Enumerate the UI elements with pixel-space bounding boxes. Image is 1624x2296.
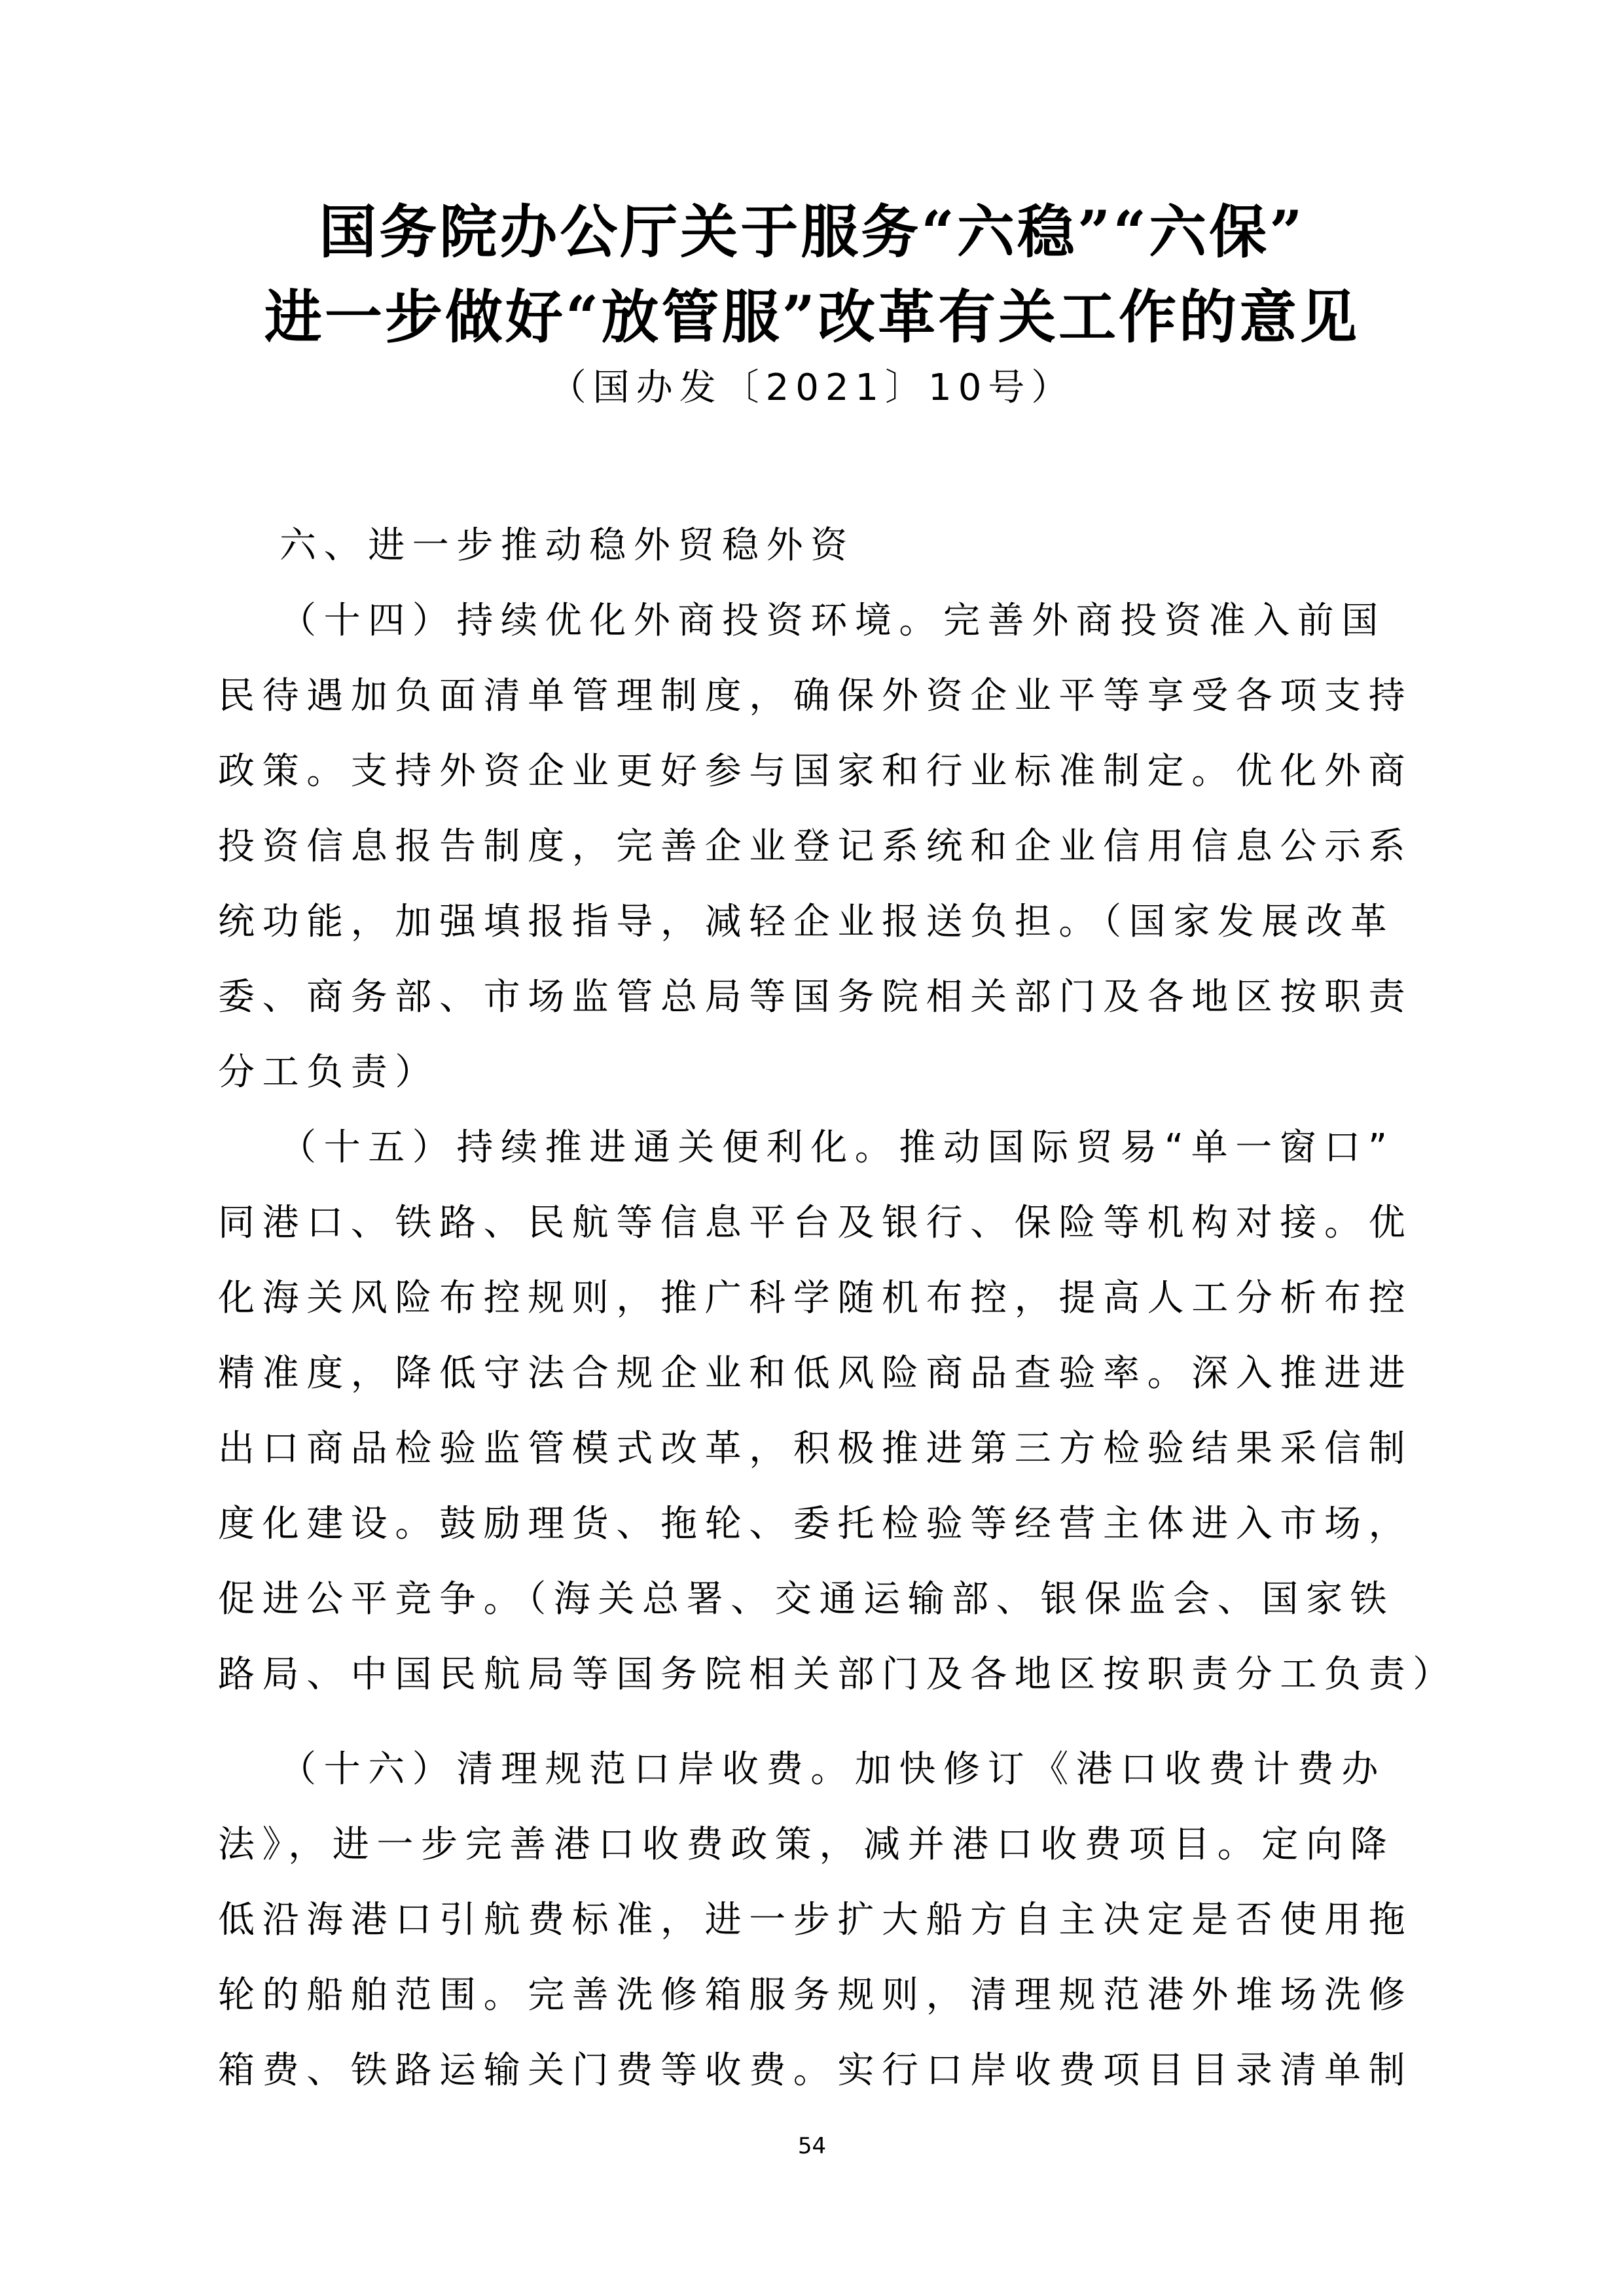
- paragraph-16-line: 法》，进一步完善港口收费政策，减并港口收费项目。定向降: [218, 1827, 1394, 1863]
- paragraph-15-line: 促进公平竞争。（海关总署、交通运输部、银保监会、国家铁: [218, 1581, 1394, 1618]
- paragraph-16-line: 轮的船舶范围。完善洗修箱服务规则，清理规范港外堆场洗修: [218, 1977, 1413, 2014]
- paragraph-15-line: 度化建设。鼓励理货、拖轮、委托检验等经营主体进入市场，: [218, 1506, 1413, 1543]
- document-number: （国办发〔2021〕10号）: [0, 370, 1624, 406]
- paragraph-14-line: 民待遇加负面清单管理制度，确保外资企业平等享受各项支持: [218, 678, 1413, 715]
- paragraph-14-line: 分工负责）: [218, 1054, 439, 1091]
- paragraph-14-line: （十四）持续优化外商投资环境。完善外商投资准入前国: [280, 603, 1386, 639]
- paragraph-15-line: 出口商品检验监管模式改革，积极推进第三方检验结果采信制: [218, 1431, 1413, 1467]
- paragraph-16-line: 箱费、铁路运输关门费等收费。实行口岸收费项目目录清单制: [218, 2053, 1413, 2089]
- paragraph-15-line: 精准度，降低守法合规企业和低风险商品查验率。深入推进进: [218, 1355, 1413, 1392]
- paragraph-15-line: 路局、中国民航局等国务院相关部门及各地区按职责分工负责）: [218, 1657, 1457, 1693]
- paragraph-14-line: 委、商务部、市场监管总局等国务院相关部门及各地区按职责: [218, 979, 1413, 1016]
- paragraph-15-line: （十五）持续推进通关便利化。推动国际贸易“单一窗口”: [280, 1130, 1395, 1166]
- document-title-line-2: 进一步做好“放管服”改革有关工作的意见: [0, 288, 1624, 346]
- paragraph-15-line: 同港口、铁路、民航等信息平台及银行、保险等机构对接。优: [218, 1205, 1413, 1242]
- paragraph-14-line: 统功能，加强填报指导，减轻企业报送负担。（国家发展改革: [218, 904, 1394, 941]
- document-title-line-1: 国务院办公厅关于服务“六稳”“六保”: [0, 203, 1624, 260]
- page-number: 54: [0, 2135, 1624, 2157]
- paragraph-14-line: 政策。支持外资企业更好参与国家和行业标准制定。优化外商: [218, 753, 1413, 790]
- paragraph-16-line: 低沿海港口引航费标准，进一步扩大船方自主决定是否使用拖: [218, 1902, 1413, 1939]
- section-heading: 六、进一步推动稳外贸稳外资: [280, 528, 855, 564]
- paragraph-16-line: （十六）清理规范口岸收费。加快修订《港口收费计费办: [280, 1751, 1386, 1788]
- paragraph-14-line: 投资信息报告制度，完善企业登记系统和企业信用信息公示系: [218, 829, 1413, 865]
- paragraph-15-line: 化海关风险布控规则，推广科学随机布控，提高人工分析布控: [218, 1280, 1413, 1317]
